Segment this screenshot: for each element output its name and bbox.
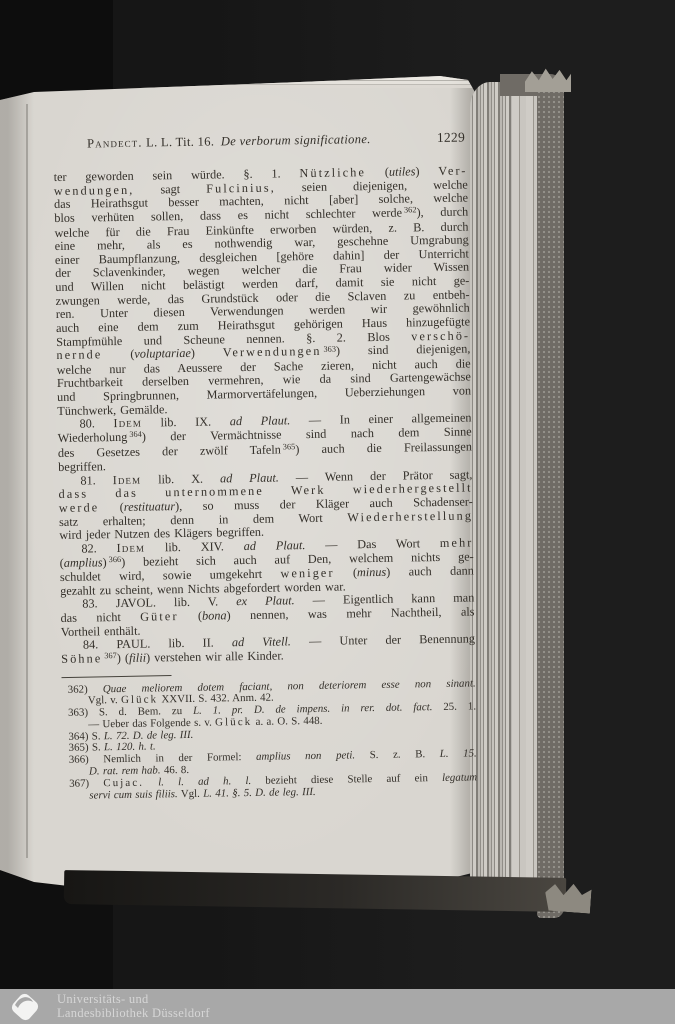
page-scan: Pandect. L. L. Tit. 16. De verborum sign… <box>0 0 675 1024</box>
footer-banner: Universitäts- und Landesbibliothek Düsse… <box>0 989 675 1024</box>
page-crease <box>26 104 28 858</box>
text-segment: amplius non peti. <box>256 750 355 764</box>
text-segment: Glück <box>215 716 252 729</box>
text-segment: Güter <box>140 609 179 624</box>
text-segment: ), durch <box>416 204 468 219</box>
text-segment: 364) S. <box>68 730 104 743</box>
text-segment: Cujac. <box>103 777 144 790</box>
text-segment: 25. 1. <box>432 701 476 714</box>
page-fore-edge <box>512 88 537 880</box>
text-segment: mehr <box>440 535 474 550</box>
text-segment: ad Plaut. <box>244 538 306 553</box>
text-segment: servi cum suis filiis. <box>89 788 178 801</box>
library-name: Universitäts- und Landesbibliothek Düsse… <box>57 993 210 1021</box>
text-segment: ) <box>415 164 438 178</box>
text-segment: S. z. B. <box>355 748 440 761</box>
text-segment: ) verstehen wir alle Kinder. <box>146 648 284 664</box>
footnote-rule <box>61 675 171 678</box>
text-segment: Idem <box>113 472 142 486</box>
footnotes: 362) Quae meliorem dotem faciant, non de… <box>62 678 478 802</box>
text-segment: 363 <box>323 344 336 353</box>
text-segment: 367 <box>104 651 117 660</box>
text-segment: Pandect. <box>87 136 143 151</box>
text-segment <box>144 776 158 788</box>
book-cover-edge <box>537 80 564 918</box>
text-segment: — Unter der Benennung <box>291 632 475 649</box>
text-segment: begriffen. <box>58 459 106 474</box>
text-segment: 366 <box>109 555 122 564</box>
text-segment: Vgl. <box>178 787 204 799</box>
text-segment: ad Plaut. <box>220 470 279 485</box>
text-segment: ( <box>99 500 124 514</box>
text-segment: Vgl. v. <box>88 694 121 707</box>
text-segment: Idem <box>116 540 145 554</box>
text-segment: 46. 8. <box>160 764 189 776</box>
text-segment: 362 <box>404 206 417 215</box>
text-segment: nernde <box>56 347 102 362</box>
library-name-line2: Landesbibliothek Düsseldorf <box>57 1007 210 1021</box>
text-segment: 80. <box>79 416 113 431</box>
text-segment: utiles <box>389 164 416 178</box>
text-segment: ) nennen, was mehr Nachtheil, als <box>226 604 474 622</box>
text-segment: legatum <box>442 771 477 784</box>
torn-cover-cloth <box>525 66 571 92</box>
text-segment: amplius <box>64 555 103 570</box>
text-segment: Ver- <box>438 163 467 177</box>
text-segment: ( <box>334 565 357 579</box>
text-segment: restituatur <box>124 499 175 514</box>
library-name-line1: Universitäts- und <box>57 993 210 1007</box>
text-segment: voluptariae <box>134 346 191 361</box>
text-segment: ad Vitell. <box>232 635 291 650</box>
page-text: Pandect. L. L. Tit. 16. De verborum sign… <box>53 129 477 802</box>
text-segment: Idem <box>113 416 142 430</box>
text-segment: L. 41. §. 5. D. de leg. III. <box>203 786 316 800</box>
text-segment: ) <box>191 345 223 360</box>
text-segment: L. 72. D. de leg. III. <box>104 729 194 742</box>
text-segment: De verborum significatione. <box>221 132 371 148</box>
text-segment: Söhne <box>61 651 102 666</box>
book-photo: Pandect. L. L. Tit. 16. De verborum sign… <box>0 0 675 989</box>
text-segment: ) ( <box>117 651 129 665</box>
text-segment: ( <box>178 609 202 623</box>
text-segment: bona <box>202 608 227 622</box>
text-segment: Wiederherstellung <box>347 508 473 524</box>
text-segment: 82. <box>81 541 116 556</box>
text-segment: ) auch dann <box>386 564 474 579</box>
text-segment: ex Plaut. <box>236 594 295 609</box>
text-segment: ) auch die Freilassungen <box>295 439 472 456</box>
text-segment: des Gesetzes der zwölf Tafeln <box>58 442 281 459</box>
text-segment: 365) S. <box>69 742 105 755</box>
text-segment: Verwendungen <box>223 344 322 360</box>
body-text: ter geworden sein würde. §. 1. Nützliche… <box>54 164 476 667</box>
text-segment: 365 <box>283 442 296 451</box>
running-title: Pandect. L. L. Tit. 16. De verborum sign… <box>87 132 371 151</box>
text-segment: ( <box>366 165 389 179</box>
text-segment: weniger <box>280 566 334 581</box>
text-segment: ) <box>102 555 106 569</box>
text-segment: 81. <box>80 473 113 488</box>
page-number: 1229 <box>437 130 465 146</box>
text-segment: minus <box>357 565 386 579</box>
text-segment: bezieht diese Stelle auf ein <box>251 772 442 787</box>
text-segment: L. L. Tit. 16. <box>142 134 221 149</box>
ulb-duesseldorf-logo-icon <box>6 991 44 1023</box>
text-segment: filii <box>129 650 146 664</box>
text-segment: werde <box>59 500 100 515</box>
book-cover-bottom <box>64 870 566 912</box>
text-segment: Glück <box>121 694 158 707</box>
text-segment: L. 120. h. t. <box>104 741 156 754</box>
text-segment: L. 15. <box>440 748 477 761</box>
text-segment: 367) <box>69 777 103 790</box>
text-segment: Wiederholung <box>58 430 128 445</box>
text-segment: 362) <box>68 683 103 696</box>
text-segment: ad Plaut. <box>230 414 291 429</box>
text-segment: ) sind diejenigen, <box>336 342 471 358</box>
text-segment: ( <box>102 347 134 362</box>
text-segment: 364 <box>129 430 142 439</box>
text-segment: a. a. O. S. 448. <box>252 715 322 728</box>
text-segment: verschö- <box>411 328 470 343</box>
